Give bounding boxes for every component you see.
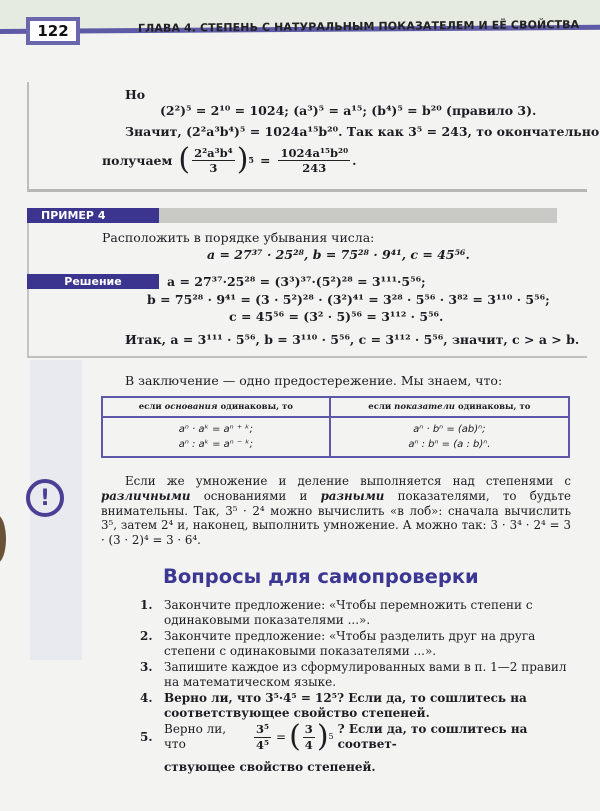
example-task-formula: a = 27³⁷ · 25²⁸, b = 75²⁸ · 9⁴¹, c = 45⁵… xyxy=(207,247,470,262)
word-but: Но xyxy=(125,87,145,102)
header-em: основания xyxy=(165,402,218,412)
question-item: 4.Верно ли, что 3⁵·4⁵ = 12⁵? Если да, то… xyxy=(140,691,580,721)
left-paren: ( xyxy=(178,145,190,175)
header-em: показатели xyxy=(394,402,455,412)
fraction-right: 1024a¹⁵b²⁰ 243 xyxy=(278,146,350,175)
caution-em: разными xyxy=(321,489,385,503)
fraction: 3 4 xyxy=(303,722,315,753)
frac-num: 3⁵ xyxy=(254,722,271,738)
section-title: Вопросы для самопроверки xyxy=(163,565,479,588)
header-text: одинаковы, то xyxy=(218,402,293,412)
frac-den: 4 xyxy=(303,738,315,753)
question-number: 3. xyxy=(140,660,153,675)
table-cell-same-exponent-rules: aⁿ · bⁿ = (ab)ⁿ; aⁿ : bⁿ = (a : b)ⁿ. xyxy=(330,417,569,457)
right-paren: ) xyxy=(317,722,329,752)
question-text: Верно ли, что 3⁵·4⁵ = 12⁵? Если да, то с… xyxy=(164,691,527,720)
question-number: 4. xyxy=(140,691,153,706)
frac-num: 3 xyxy=(303,722,315,738)
fraction-left: 2²a³b⁴ 3 xyxy=(192,146,235,175)
page-number: 122 xyxy=(26,17,80,45)
example-tag: ПРИМЕР 4 xyxy=(27,208,159,223)
textbook-page: 122 ГЛАВА 4. СТЕПЕНЬ С НАТУРАЛЬНЫМ ПОКАЗ… xyxy=(0,0,600,811)
question-text: Запишите каждое из сформулированных вами… xyxy=(164,660,566,689)
table-cell-same-base-rules: aⁿ · aᵏ = aⁿ ⁺ ᵏ; aⁿ : aᵏ = aⁿ ⁻ ᵏ; xyxy=(102,417,330,457)
warning-intro: В заключение — одно предостережение. Мы … xyxy=(125,373,502,388)
frac-den: 4⁵ xyxy=(254,738,271,753)
question-text: Закончите предложение: «Чтобы разделить … xyxy=(164,629,535,658)
page-edge-shadow xyxy=(0,515,6,563)
caution-em: различными xyxy=(101,489,190,503)
question-text: Верно ли, что xyxy=(164,722,248,752)
example-task: Расположить в порядке убывания числа: xyxy=(102,230,374,245)
question-number: 2. xyxy=(140,629,153,644)
rule-formula: aⁿ : aᵏ = aⁿ ⁻ ᵏ; xyxy=(103,437,329,452)
question-text: ствующее свойство степеней. xyxy=(164,760,580,775)
caution-text: основаниями и xyxy=(190,489,320,503)
frac-den: 3 xyxy=(192,161,235,175)
question-text: ? Если да, то сошлитесь на соответ- xyxy=(338,722,580,752)
exclamation-circle-icon: ! xyxy=(26,479,64,517)
header-text: если xyxy=(139,402,165,412)
question-item: 2.Закончите предложение: «Чтобы разделит… xyxy=(140,629,580,659)
equals: = xyxy=(260,153,270,168)
rule-formula: aⁿ · bⁿ = (ab)ⁿ; xyxy=(331,422,568,437)
caution-paragraph: Если же умножение и деление выполняется … xyxy=(101,474,571,548)
solution-conclusion: Итак, a = 3¹¹¹ · 5⁵⁶, b = 3¹¹⁰ · 5⁵⁶, c … xyxy=(125,332,579,347)
solution-tag: Решение xyxy=(27,274,159,289)
question-item: 1.Закончите предложение: «Чтобы перемнож… xyxy=(140,598,580,628)
intro-prefix: получаем xyxy=(102,153,172,168)
fraction: 3⁵ 4⁵ xyxy=(254,722,271,753)
frac-num: 2²a³b⁴ xyxy=(192,146,235,161)
question-number: 5. xyxy=(140,730,153,745)
power-rules-table: если основания одинаковы, то если показа… xyxy=(101,396,570,458)
table-header-same-base: если основания одинаковы, то xyxy=(102,397,330,417)
question-5-line: Верно ли, что 3⁵ 4⁵ = ( 3 4 ) 5 ? Если д… xyxy=(164,722,580,752)
question-list: 1.Закончите предложение: «Чтобы перемнож… xyxy=(140,598,580,776)
rule-formula: aⁿ : bⁿ = (a : b)ⁿ. xyxy=(331,437,568,452)
period: . xyxy=(352,153,356,168)
frac-num: 1024a¹⁵b²⁰ xyxy=(278,146,350,161)
header-text: если xyxy=(368,402,394,412)
header-text: одинаковы, то xyxy=(455,402,530,412)
question-item: 3.Запишите каждое из сформулированных ва… xyxy=(140,660,580,690)
right-paren: ) xyxy=(237,145,249,175)
rule-formula: aⁿ · aᵏ = aⁿ ⁺ ᵏ; xyxy=(103,422,329,437)
question-number: 1. xyxy=(140,598,153,613)
question-item: 5. Верно ли, что 3⁵ 4⁵ = ( 3 4 ) 5 ? Есл… xyxy=(140,722,580,775)
solution-b: b = 75²⁸ · 9⁴¹ = (3 · 5²)²⁸ · (3²)⁴¹ = 3… xyxy=(147,292,550,307)
chapter-title: ГЛАВА 4. СТЕПЕНЬ С НАТУРАЛЬНЫМ ПОКАЗАТЕЛ… xyxy=(138,18,579,35)
intro-formula-2: Значит, (2²a³b⁴)⁵ = 1024a¹⁵b²⁰. Так как … xyxy=(125,124,599,139)
left-paren: ( xyxy=(289,722,301,752)
solution-a: a = 27³⁷·25²⁸ = (3³)³⁷·(5²)²⁸ = 3¹¹¹·5⁵⁶… xyxy=(167,274,426,289)
caution-indent xyxy=(101,474,125,488)
question-text: Закончите предложение: «Чтобы перемножит… xyxy=(164,598,533,627)
intro-formula-3: получаем ( 2²a³b⁴ 3 ) 5 = 1024a¹⁵b²⁰ 243… xyxy=(102,145,357,175)
equals: = xyxy=(276,730,286,745)
caution-text: Если же умножение и деление выполняется … xyxy=(125,474,571,488)
table-header-same-exponent: если показатели одинаковы, то xyxy=(330,397,569,417)
frac-den: 243 xyxy=(278,161,350,175)
intro-formula-1: (2²)⁵ = 2¹⁰ = 1024; (a³)⁵ = a¹⁵; (b⁴)⁵ =… xyxy=(160,103,536,118)
solution-c: c = 45⁵⁶ = (3² · 5)⁵⁶ = 3¹¹² · 5⁵⁶. xyxy=(229,309,443,324)
